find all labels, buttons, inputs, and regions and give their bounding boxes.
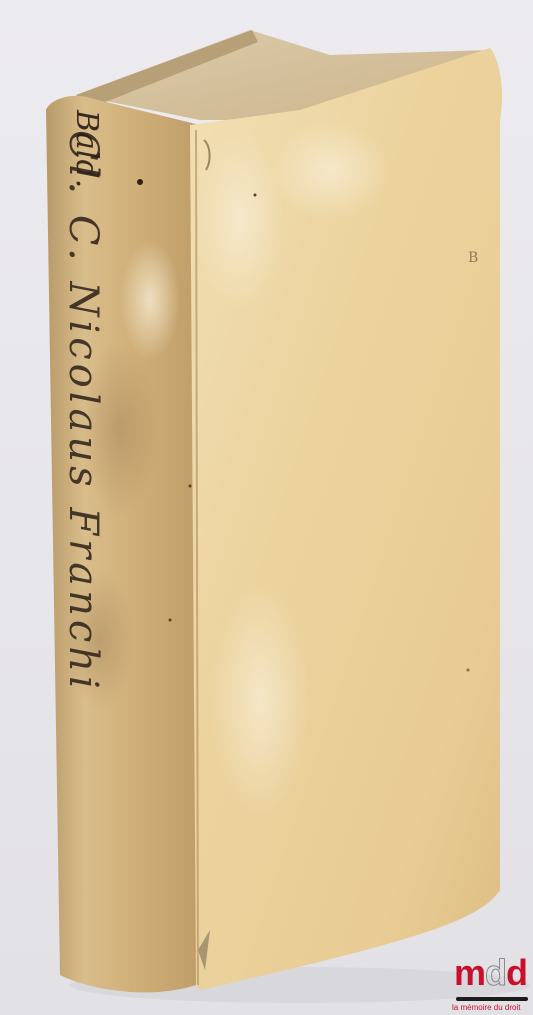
logo-tagline: la mémoire du droit — [452, 1003, 520, 1012]
logo-bar — [456, 997, 528, 1001]
product-photo: B Bald. Cl. C. Nicolaus Franchi mdd la m… — [0, 0, 533, 1015]
svg-text:B: B — [468, 250, 478, 266]
logo-mark: mdd — [454, 955, 527, 991]
mdd-logo: mdd la mémoire du droit — [450, 955, 532, 1011]
spine-inscription: Cl. C. Nicolaus Franchi — [58, 130, 118, 950]
